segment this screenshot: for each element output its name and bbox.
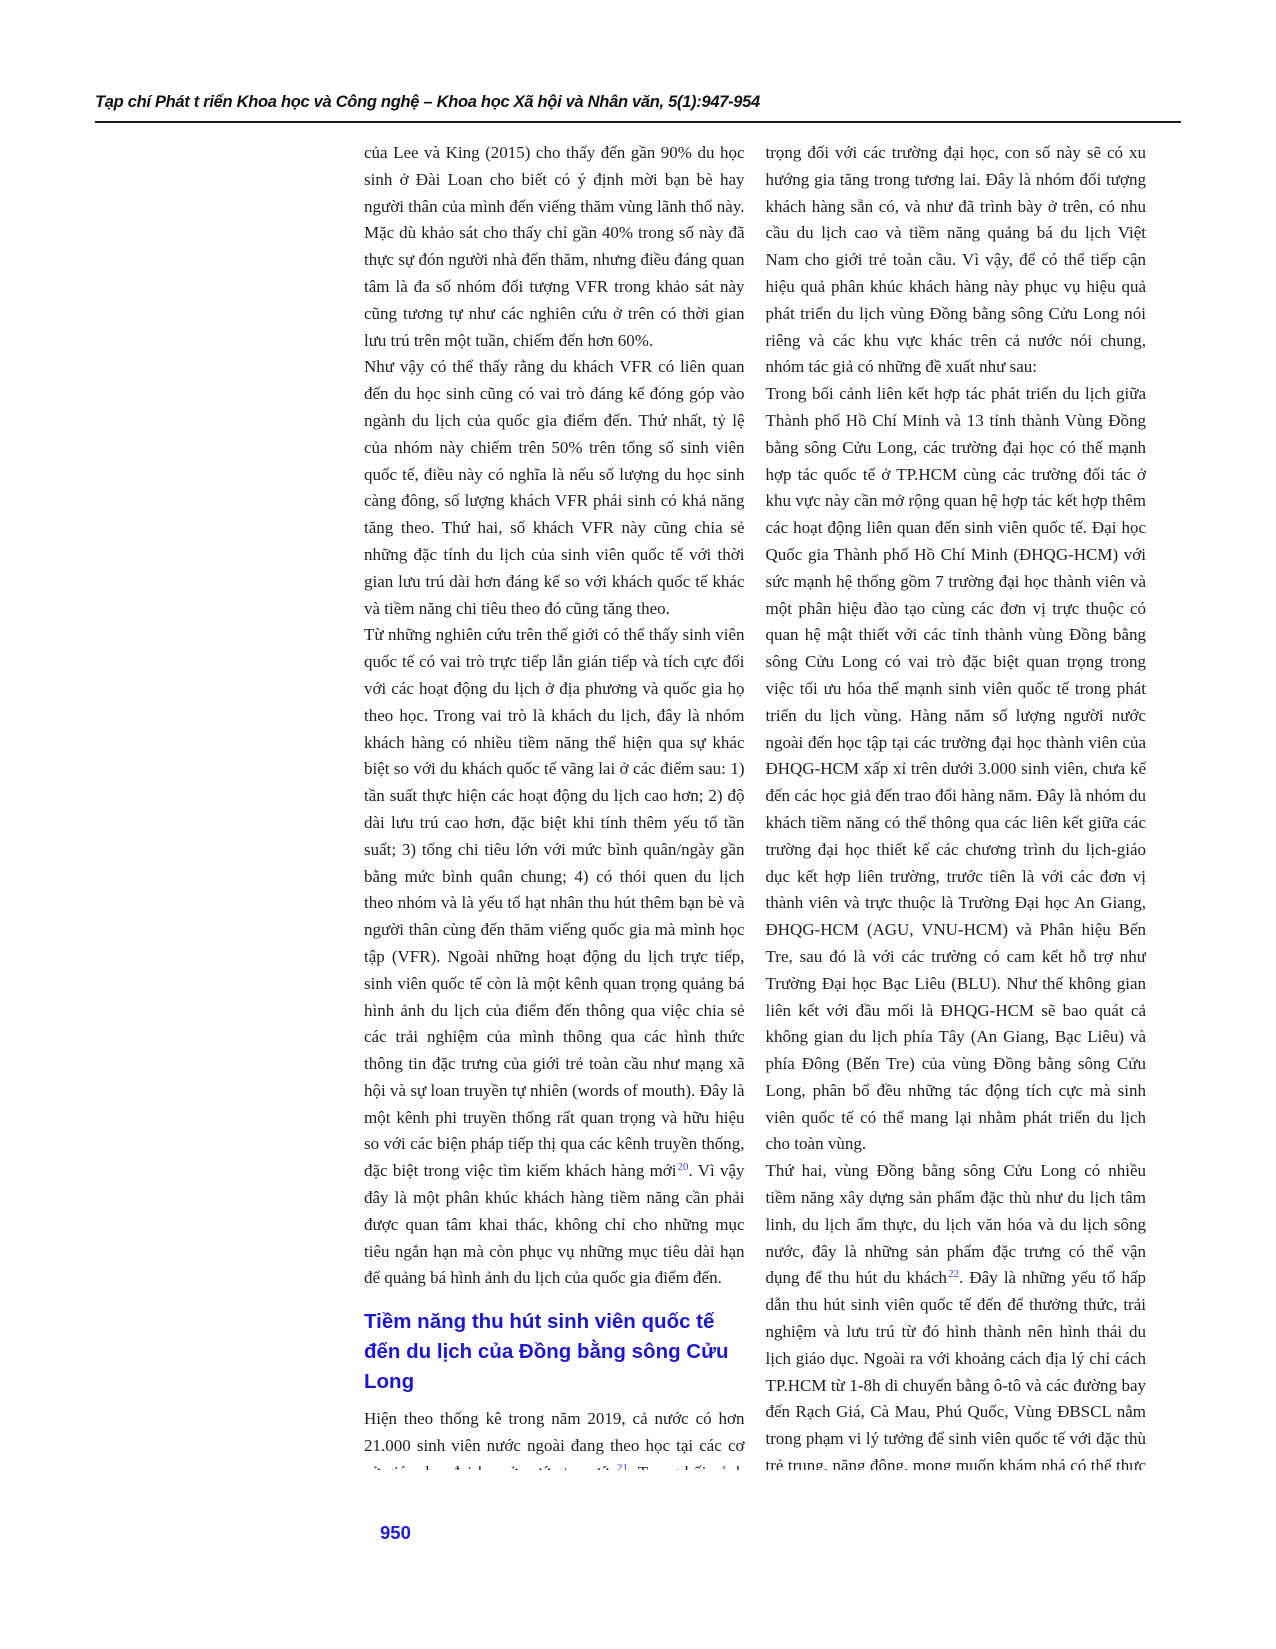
paragraph: Thứ hai, vùng Đồng bằng sông Cửu Long có…: [766, 1158, 1147, 1470]
paragraph: trọng đối với các trường đại học, con số…: [766, 140, 1147, 381]
header-rule: [95, 121, 1181, 123]
two-column-body: của Lee và King (2015) cho thấy đến gần …: [364, 140, 1146, 1470]
paragraph: của Lee và King (2015) cho thấy đến gần …: [364, 140, 745, 354]
right-column: trọng đối với các trường đại học, con số…: [766, 140, 1147, 1470]
citation-ref[interactable]: 20: [678, 1161, 689, 1173]
paragraph: Hiện theo thống kê trong năm 2019, cả nư…: [364, 1406, 745, 1470]
citation-ref[interactable]: 21: [617, 1462, 628, 1470]
page-number: 950: [380, 1522, 411, 1544]
left-column: của Lee và King (2015) cho thấy đến gần …: [364, 140, 745, 1470]
section-heading: Tiềm năng thu hút sinh viên quốc tế đến …: [364, 1307, 745, 1397]
paragraph: Trong bối cảnh liên kết hợp tác phát tri…: [766, 381, 1147, 1158]
citation-ref[interactable]: 22: [948, 1268, 959, 1280]
paragraph: Từ những nghiên cứu trên thế giới có thể…: [364, 622, 745, 1292]
paragraph: Như vậy có thể thấy rằng du khách VFR có…: [364, 354, 745, 622]
journal-header: Tạp chí Phát t riển Khoa học và Công ngh…: [95, 93, 760, 112]
journal-page: Tạp chí Phát t riển Khoa học và Công ngh…: [0, 0, 1276, 1649]
